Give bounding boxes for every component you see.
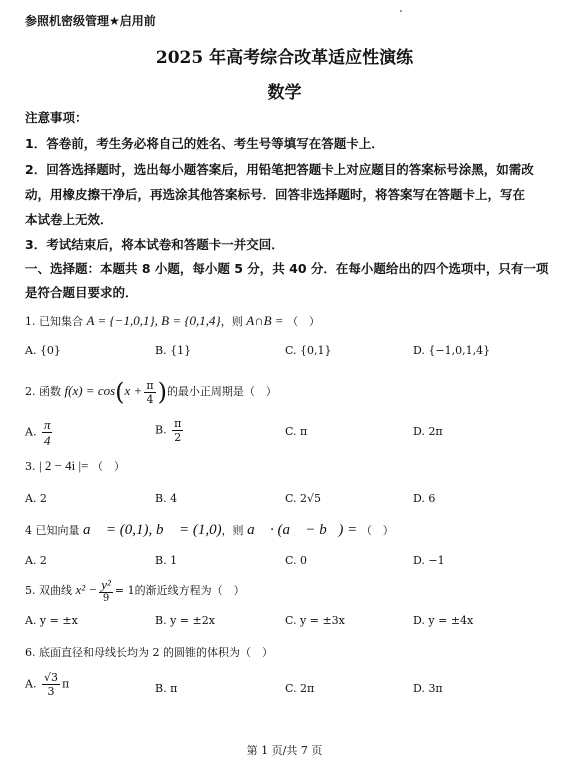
option-b: B. π [155, 682, 177, 695]
math-expression: A = {−1,0,1}, B = {0,1,4} [87, 313, 221, 328]
option-value: π [170, 682, 177, 695]
notice-item: 动，用橡皮擦干净后，再选涂其他答案标号．回答非选择题时，将答案写在答题卡上，写在 [25, 185, 525, 203]
option-d: D. 6 [413, 492, 435, 505]
numerator: y² [99, 578, 113, 593]
option-a: A. 2 [25, 554, 47, 567]
question-5: 5. 双曲线 x² −y²9= 1的渐近线方程为（ ） [25, 578, 245, 604]
option-label: C. [285, 682, 297, 695]
denominator: 4 [144, 393, 155, 405]
option-value: π [300, 425, 307, 438]
option-a: A. π4 [25, 418, 54, 447]
classification-label: 参照机密级管理★启用前 [25, 12, 156, 29]
question-text: 的渐近线方程为（ ） [135, 584, 245, 597]
denominator: 3 [42, 685, 60, 697]
math-expression: A∩B = [246, 313, 283, 328]
answer-blank: （ ） [92, 460, 125, 473]
numerator: π [172, 418, 183, 431]
section-instruction: 一、选择题：本题共 8 小题，每小题 5 分，共 40 分．在每小题给出的四个选… [25, 259, 548, 277]
option-d: D. y = ±4x [413, 614, 473, 627]
option-b: B. {1} [155, 344, 191, 357]
notice-item: 2．回答选择题时，选出每小题答案后，用铅笔把答题卡上对应题目的答案标号涂黑，如需… [25, 160, 534, 178]
question-number: 1. [25, 315, 36, 328]
option-d: D. 3π [413, 682, 443, 695]
option-c: C. π [285, 425, 307, 438]
fraction: π4 [144, 380, 155, 405]
question-text: 双曲线 [39, 584, 72, 597]
option-b: B. y = ±2x [155, 614, 215, 627]
option-b: B. 4 [155, 492, 177, 505]
option-label: C. [285, 425, 297, 438]
option-c: C. 0 [285, 554, 307, 567]
option-a: A. √33π [25, 672, 69, 697]
right-paren: ) [158, 378, 167, 406]
question-number: 5. [25, 584, 36, 597]
notice-item: 本试卷上无效． [25, 210, 113, 228]
option-d: D. −1 [413, 554, 445, 567]
math-expression: = 1 [115, 584, 135, 597]
option-label: B. [155, 682, 167, 695]
fraction: y²9 [99, 578, 113, 604]
math-expression: x + [125, 383, 143, 398]
denominator: 2 [172, 431, 183, 443]
page-number: 第 1 页/共 7 页 [0, 742, 569, 758]
question-number: 4 [25, 524, 32, 537]
section-instruction: 是符合题目要求的． [25, 283, 138, 301]
question-3: 3. | 2 − 4i |= （ ） [25, 458, 125, 474]
notice-item: 1．答卷前，考生务必将自己的姓名、考生号等填写在答题卡上． [25, 134, 384, 152]
notice-heading: 注意事项： [25, 108, 88, 126]
math-expression: f(x) = cos [65, 383, 116, 398]
scan-speck [400, 10, 402, 12]
question-text: 函数 [39, 385, 61, 398]
question-number: 2. [25, 385, 36, 398]
option-label: A. [25, 426, 36, 439]
question-2: 2. 函数 f(x) = cos(x +π4)的最小正周期是（ ） [25, 378, 277, 406]
math-expression: x² − [76, 582, 98, 597]
option-value: 2π [300, 682, 314, 695]
option-d: D. {−1,0,1,4} [413, 344, 490, 357]
option-label: D. [413, 425, 425, 438]
option-value: 2π [428, 425, 442, 438]
option-b: B. 1 [155, 554, 177, 567]
question-text: 的最小正周期是（ ） [167, 385, 277, 398]
numerator: √3 [42, 672, 60, 685]
left-paren: ( [115, 378, 124, 406]
math-expression: | 2 − 4i |= [39, 458, 88, 473]
option-value: π [62, 678, 69, 691]
subject-title: 数学 [0, 78, 569, 103]
option-c: C. 2π [285, 682, 314, 695]
question-6: 6. 底面直径和母线长均为 2 的圆锥的体积为（ ） [25, 644, 273, 660]
option-label: B. [155, 424, 167, 437]
question-text: 底面直径和母线长均为 2 的圆锥的体积为（ ） [39, 646, 273, 659]
math-expression: a⃗ = (0,1), b⃗ = (1,0) [83, 522, 222, 538]
option-c: C. 2√5 [285, 492, 321, 505]
option-a: A. 2 [25, 492, 47, 505]
option-c: C. y = ±3x [285, 614, 345, 627]
numerator: π [42, 418, 53, 433]
notice-item: 3．考试结束后，将本试卷和答题卡一并交回． [25, 235, 284, 253]
fraction: √33 [42, 672, 60, 697]
question-number: 6. [25, 646, 36, 659]
question-4: 4 已知向量 a⃗ = (0,1), b⃗ = (1,0)，则 a⃗ · (a⃗… [25, 522, 394, 539]
option-label: A. [25, 678, 36, 691]
option-b: B. π2 [155, 418, 185, 443]
denominator: 9 [99, 593, 113, 604]
question-text: 已知向量 [36, 524, 80, 537]
question-text: ，则 [221, 315, 243, 328]
option-a: A. {0} [25, 344, 61, 357]
fraction: π2 [172, 418, 183, 443]
math-expression: a⃗ · (a⃗ − b⃗) = [247, 522, 357, 538]
option-label: D. [413, 682, 425, 695]
numerator: π [144, 380, 155, 393]
option-a: A. y = ±x [25, 614, 78, 627]
option-c: C. {0,1} [285, 344, 332, 357]
question-text: ，则 [222, 524, 244, 537]
exam-title: 2025 年高考综合改革适应性演练 [0, 43, 569, 68]
question-number: 3. [25, 460, 36, 473]
question-text: 已知集合 [39, 315, 83, 328]
answer-blank: （ ） [361, 524, 394, 537]
question-1: 1. 已知集合 A = {−1,0,1}, B = {0,1,4}，则 A∩B … [25, 313, 320, 329]
option-d: D. 2π [413, 425, 443, 438]
answer-blank: （ ） [287, 315, 320, 328]
option-value: 3π [428, 682, 442, 695]
fraction: π4 [42, 418, 53, 447]
denominator: 4 [42, 433, 53, 447]
